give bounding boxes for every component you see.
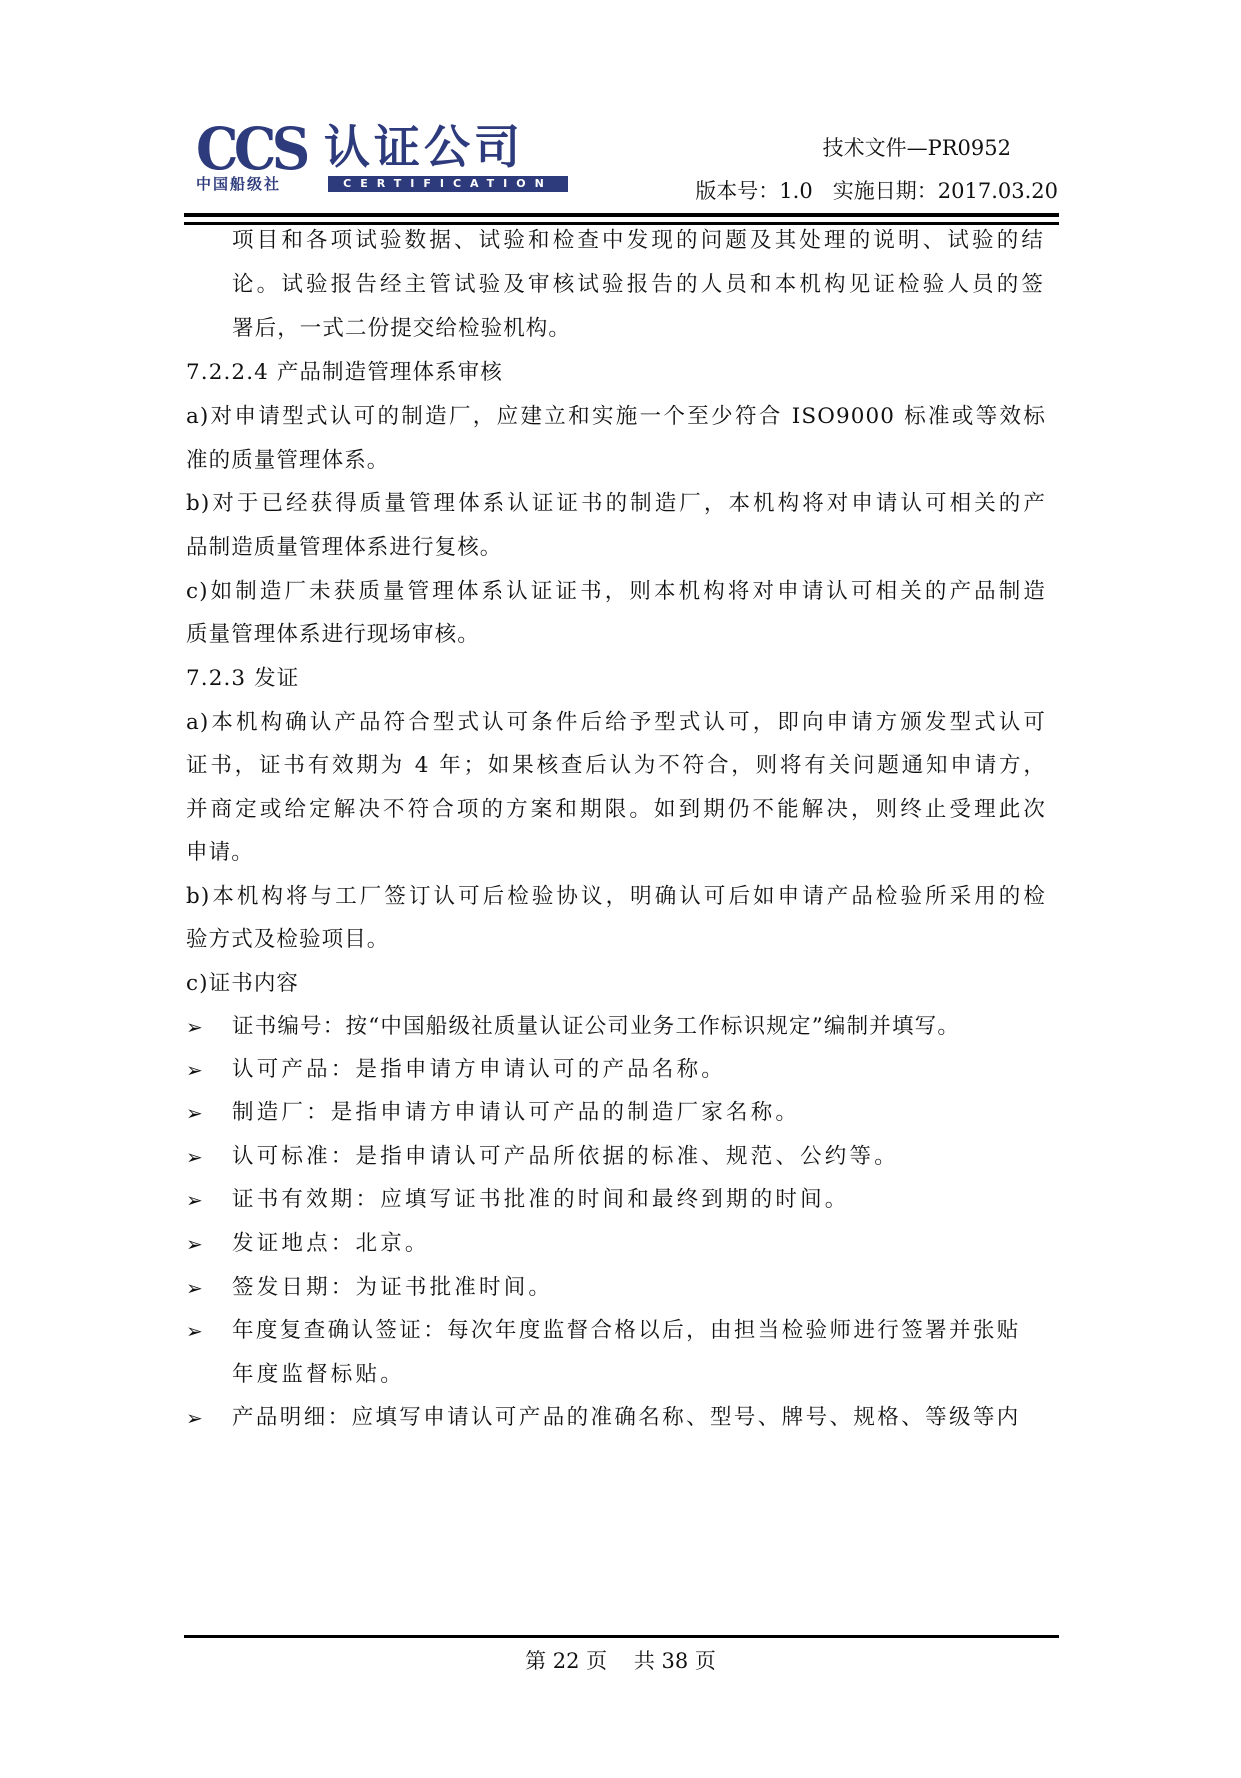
- header-rule-thick: [184, 213, 1059, 217]
- list-item: 发证地点：北京。: [232, 1229, 430, 1259]
- paragraph-line: c)如制造厂未获质量管理体系认证证书，则本机构将对申请认可相关的产品制造: [186, 577, 1046, 607]
- arrow-bullet-icon: ➢: [186, 1229, 203, 1259]
- paragraph-line: 项目和各项试验数据、试验和检查中发现的问题及其处理的说明、试验的结: [232, 226, 1044, 256]
- effective-date-label: 实施日期：2017.03.20: [833, 179, 1058, 203]
- header-rule-thin: [184, 222, 1059, 225]
- arrow-bullet-icon: ➢: [186, 1185, 203, 1215]
- paragraph-line: 验方式及检验项目。: [186, 925, 389, 955]
- arrow-bullet-icon: ➢: [186, 1012, 203, 1042]
- list-item: 认可标准：是指申请认可产品所依据的标准、规范、公约等。: [232, 1142, 899, 1172]
- list-item: 证书有效期：应填写证书批准的时间和最终到期的时间。: [232, 1185, 850, 1215]
- list-item: 证书编号：按“中国船级社质量认证公司业务工作标识规定”编制并填写。: [232, 1012, 960, 1042]
- arrow-bullet-icon: ➢: [186, 1142, 203, 1172]
- paragraph-line: b)对于已经获得质量管理体系认证证书的制造厂，本机构将对申请认可相关的产: [186, 489, 1046, 519]
- paragraph-line: 质量管理体系进行现场审核。: [186, 620, 480, 650]
- arrow-bullet-icon: ➢: [186, 1403, 203, 1433]
- arrow-bullet-icon: ➢: [186, 1316, 203, 1346]
- arrow-bullet-icon: ➢: [186, 1098, 203, 1128]
- paragraph-line: 证书，证书有效期为 4 年；如果核查后认为不符合，则将有关问题通知申请方，: [186, 751, 1046, 781]
- paragraph-line: 论。试验报告经主管试验及审核试验报告的人员和本机构见证检验人员的签: [232, 270, 1044, 300]
- paragraph-line: 申请。: [186, 838, 254, 868]
- arrow-bullet-icon: ➢: [186, 1273, 203, 1303]
- paragraph-line: 品制造质量管理体系进行复核。: [186, 533, 502, 563]
- paragraph-line: 署后，一式二份提交给检验机构。: [232, 314, 1044, 344]
- list-item: 认可产品：是指申请方申请认可的产品名称。: [232, 1055, 726, 1085]
- paragraph-line: 并商定或给定解决不符合项的方案和期限。如到期仍不能解决，则终止受理此次: [186, 795, 1046, 825]
- page-number: 第 22 页 共 38 页: [0, 1647, 1241, 1675]
- logo-name-cn: 认证公司: [324, 122, 524, 172]
- list-item: 制造厂：是指申请方申请认可产品的制造厂家名称。: [232, 1098, 800, 1128]
- paragraph-line: 准的质量管理体系。: [186, 446, 389, 476]
- logo-org-cn: 中国船级社: [196, 176, 281, 192]
- list-item: 年度复查确认签证：每次年度监督合格以后，由担当检验师进行签署并张贴: [232, 1316, 1021, 1346]
- list-item-continuation: 年度监督标贴。: [232, 1360, 405, 1390]
- section-heading-7-2-3: 7.2.3 发证: [186, 664, 299, 694]
- logo-tagline: CERTIFICATION: [328, 176, 568, 192]
- arrow-bullet-icon: ➢: [186, 1055, 203, 1085]
- section-heading-7-2-2-4: 7.2.2.4 产品制造管理体系审核: [186, 358, 503, 388]
- footer-rule: [184, 1635, 1059, 1638]
- version-label: 版本号：1.0: [695, 179, 812, 203]
- paragraph-line: b)本机构将与工厂签订认可后检验协议，明确认可后如申请产品检验所采用的检: [186, 882, 1046, 912]
- paragraph-line: a)本机构确认产品符合型式认可条件后给予型式认可，即向申请方颁发型式认可: [186, 708, 1046, 738]
- list-item: 签发日期：为证书批准时间。: [232, 1273, 553, 1303]
- logo-brand-text: CCS: [196, 120, 306, 178]
- document-id: 技术文件—PR0952: [823, 135, 1011, 161]
- document-page: CCS 认证公司 中国船级社 CERTIFICATION 技术文件—PR0952…: [0, 0, 1241, 1778]
- paragraph-line: a)对申请型式认可的制造厂，应建立和实施一个至少符合 ISO9000 标准或等效…: [186, 402, 1046, 432]
- list-item: 产品明细：应填写申请认可产品的准确名称、型号、牌号、规格、等级等内: [232, 1403, 1021, 1433]
- ccs-certification-logo: CCS 认证公司 中国船级社 CERTIFICATION: [196, 120, 572, 192]
- subsection-heading-certificate-content: c)证书内容: [186, 969, 299, 999]
- document-version-date: 版本号：1.0 实施日期：2017.03.20: [695, 178, 1058, 204]
